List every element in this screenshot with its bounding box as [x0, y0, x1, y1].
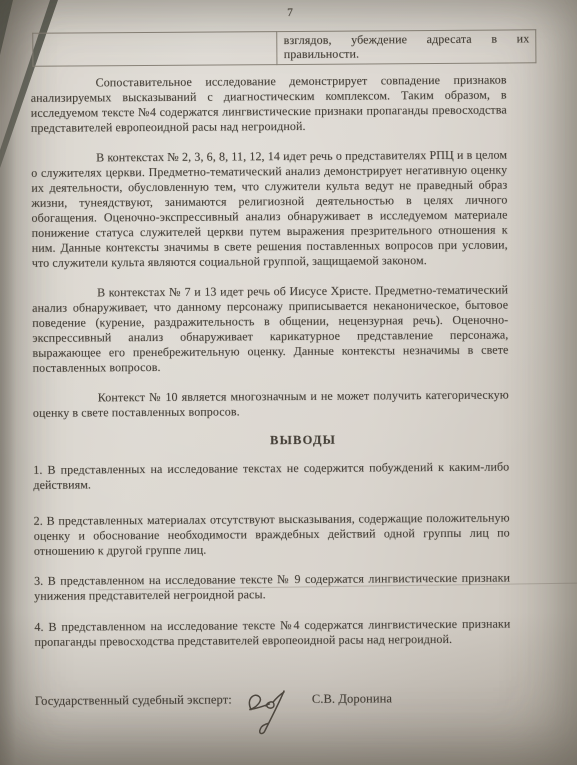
paragraph-contexts-church: В контекстах № 2, 3, 6, 8, 11, 12, 14 ид…	[31, 147, 508, 270]
table-cell-left	[33, 32, 278, 67]
signature-row: Государственный судебный эксперт: С.В. Д…	[35, 690, 511, 708]
excerpt-table: взглядов, убеждение адресата в их правил…	[32, 29, 536, 67]
conclusions-heading: ВЫВОДЫ	[65, 431, 541, 449]
page-number: 7	[52, 4, 528, 22]
paragraph-context-10: Контекст № 10 является многозначным и не…	[33, 387, 509, 420]
conclusion-item-4: 4. В представленном на исследование текс…	[34, 616, 510, 649]
photo-background: 7 взглядов, убеждение адресата в их прав…	[0, 0, 577, 765]
conclusion-item-1: 1. В представленных на исследование текс…	[33, 459, 509, 492]
signature-label: Государственный судебный эксперт:	[35, 692, 232, 707]
document-page: 7 взглядов, убеждение адресата в их прав…	[0, 0, 577, 709]
handwritten-signature-icon	[242, 686, 308, 740]
paragraph-comparative-analysis: Сопоставительное исследование демонстрир…	[31, 72, 507, 135]
signature-name: С.В. Доронина	[312, 691, 392, 706]
paragraph-contexts-jesus: В контекстах № 7 и 13 идет речь об Иисус…	[32, 282, 509, 375]
conclusion-item-2: 2. В представленных материалах отсутству…	[34, 510, 510, 558]
table-cell-right: взглядов, убеждение адресата в их правил…	[277, 30, 536, 65]
body-text: Сопоставительное исследование демонстрир…	[31, 72, 511, 708]
table-row: взглядов, убеждение адресата в их правил…	[33, 30, 536, 67]
